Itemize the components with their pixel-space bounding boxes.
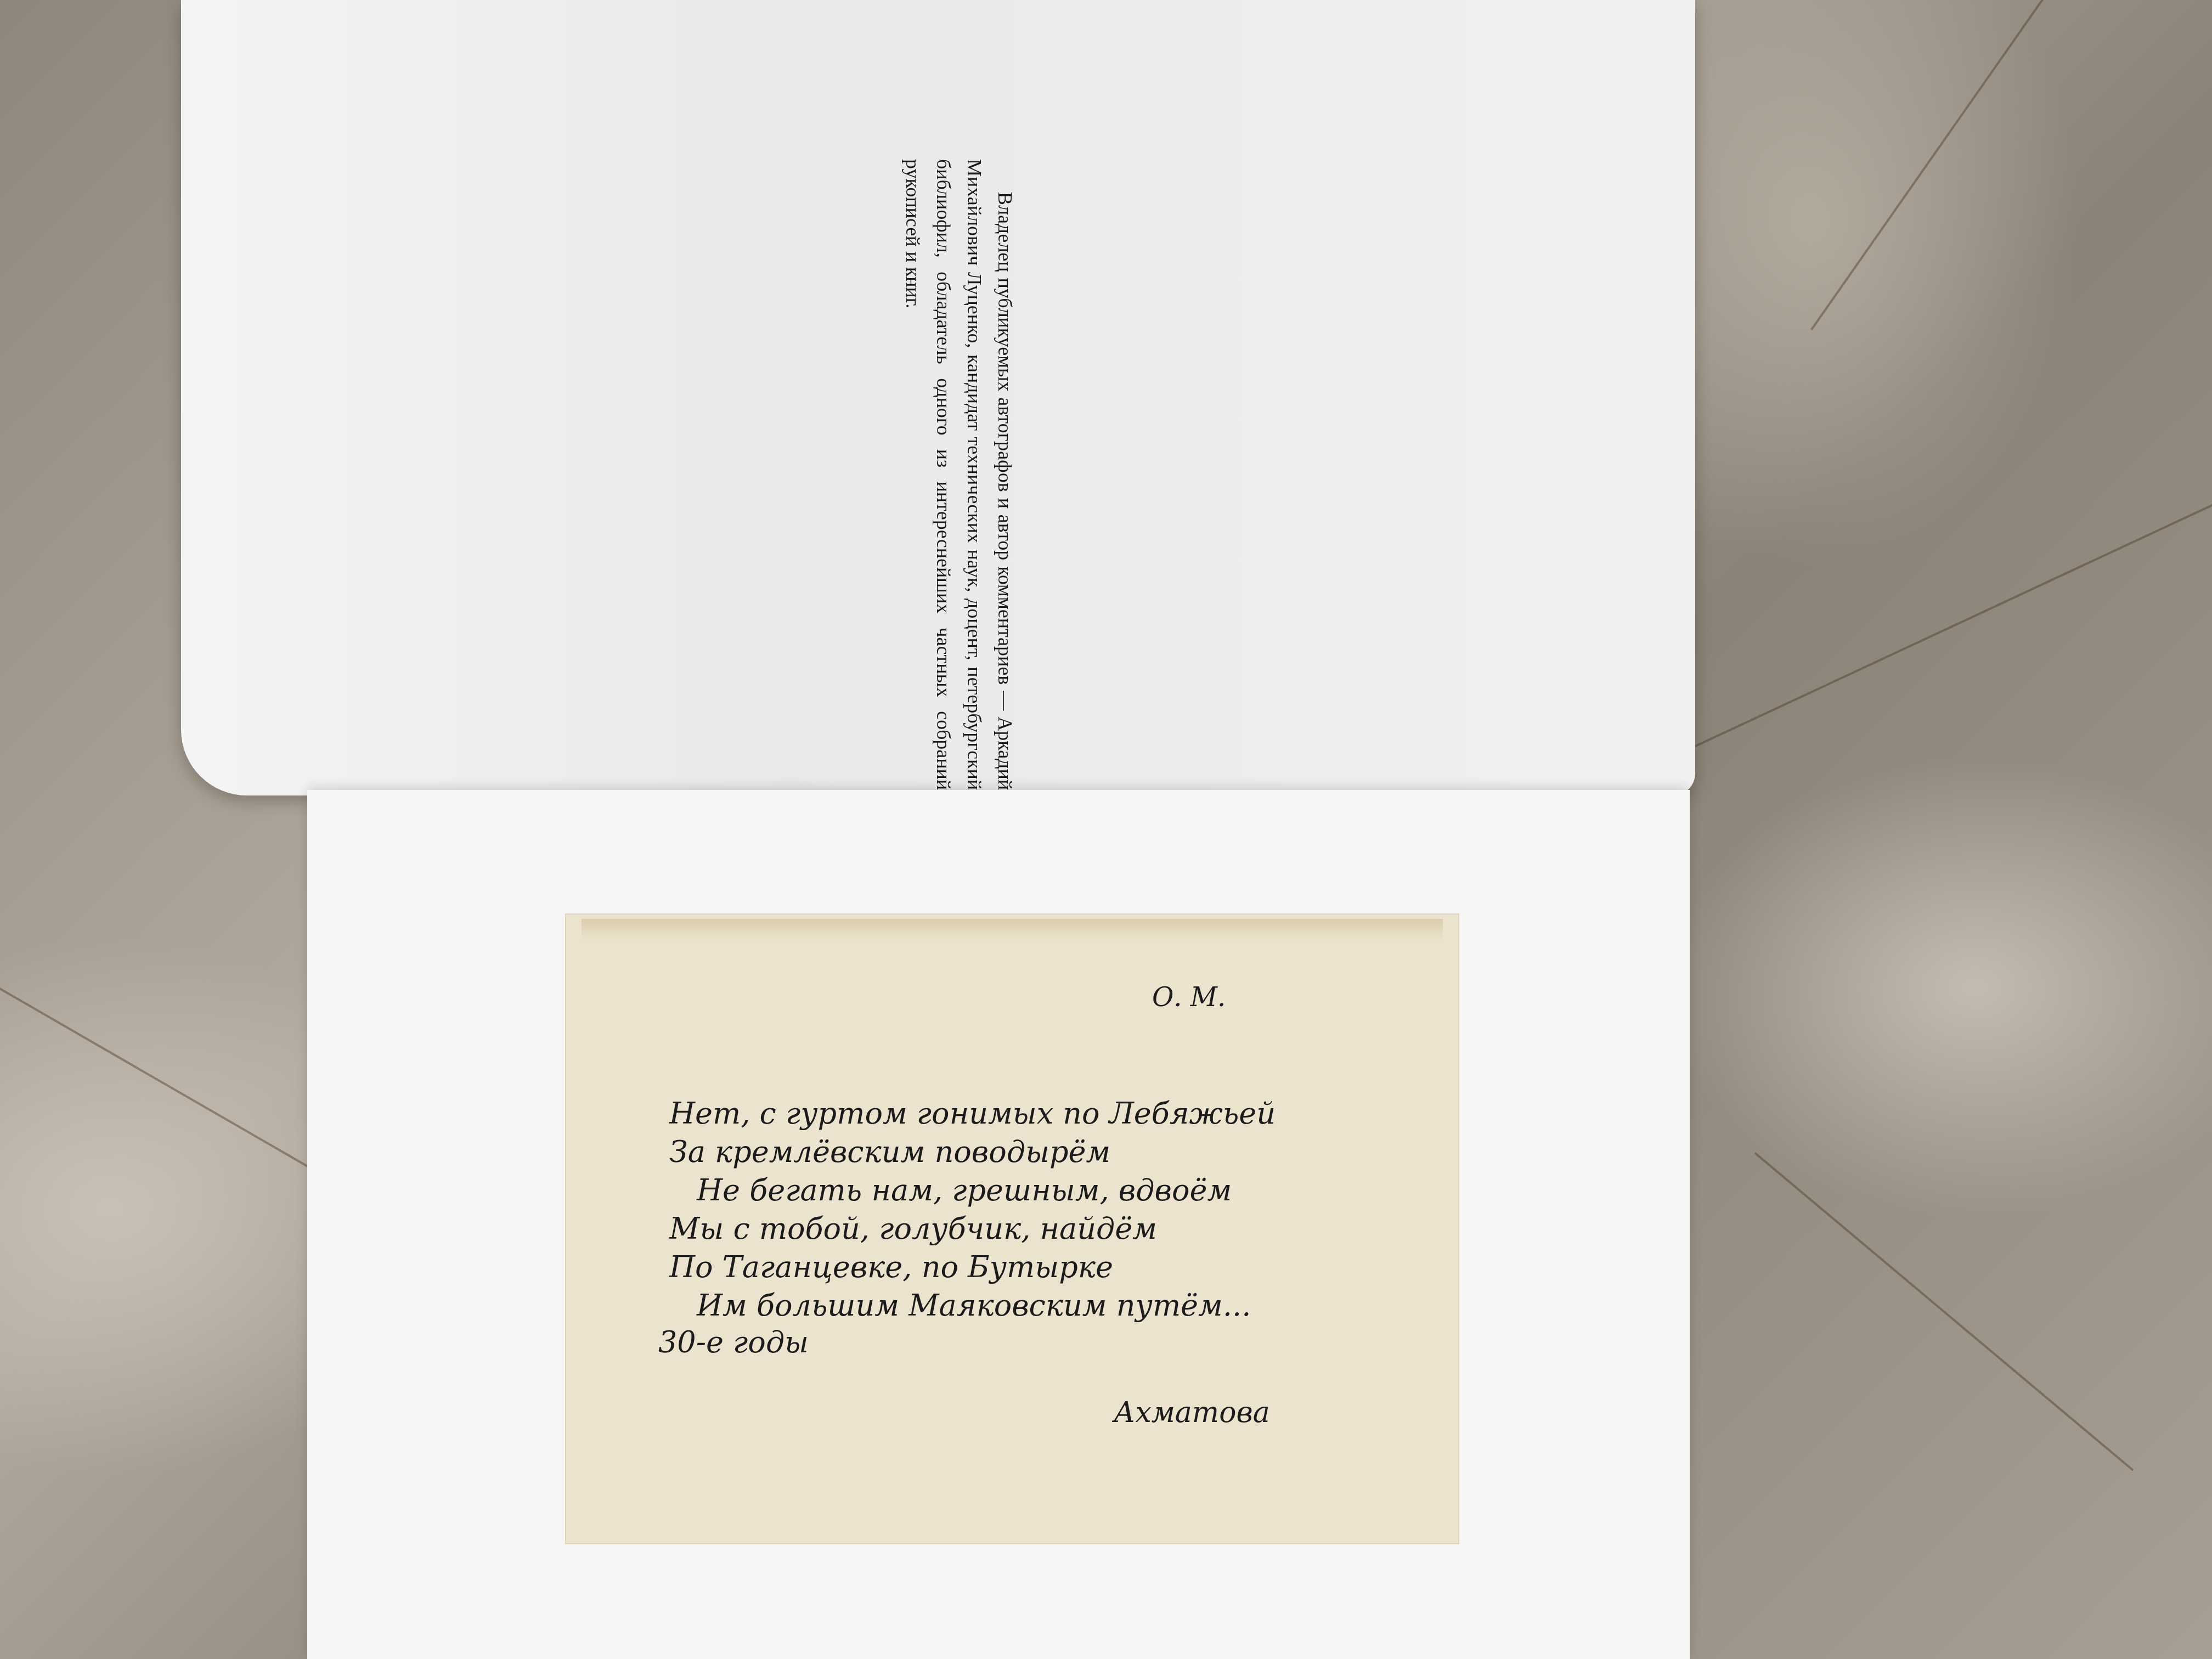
signature: Ахматова [1114,1396,1270,1429]
printed-paragraph: Владелец публикуемых автографов и автор … [898,159,1020,790]
owner-paragraph: Владелец публикуемых автографов и автор … [898,159,1020,790]
poem-line: Им большим Маяковским путём... [669,1286,1276,1325]
dedication: О. М. [1152,982,1226,1013]
poem-line: Не бегать нам, грешным, вдвоём [669,1171,1276,1210]
poem-line: За кремлёвским поводырём [669,1133,1276,1171]
manuscript-card: О. М. Нет, с гуртом гонимых по Лебяжьей … [565,913,1459,1544]
poem: Нет, с гуртом гонимых по Лебяжьей За кре… [669,1094,1276,1325]
bleed-through-text [795,110,1344,658]
poem-line: Мы с тобой, голубчик, найдём [669,1210,1276,1248]
date: 30-е годы [658,1325,809,1359]
poem-line: Нет, с гуртом гонимых по Лебяжьей [669,1094,1276,1133]
poem-line: По Таганцевке, по Бутырке [669,1248,1276,1286]
paper-stain [582,919,1443,941]
